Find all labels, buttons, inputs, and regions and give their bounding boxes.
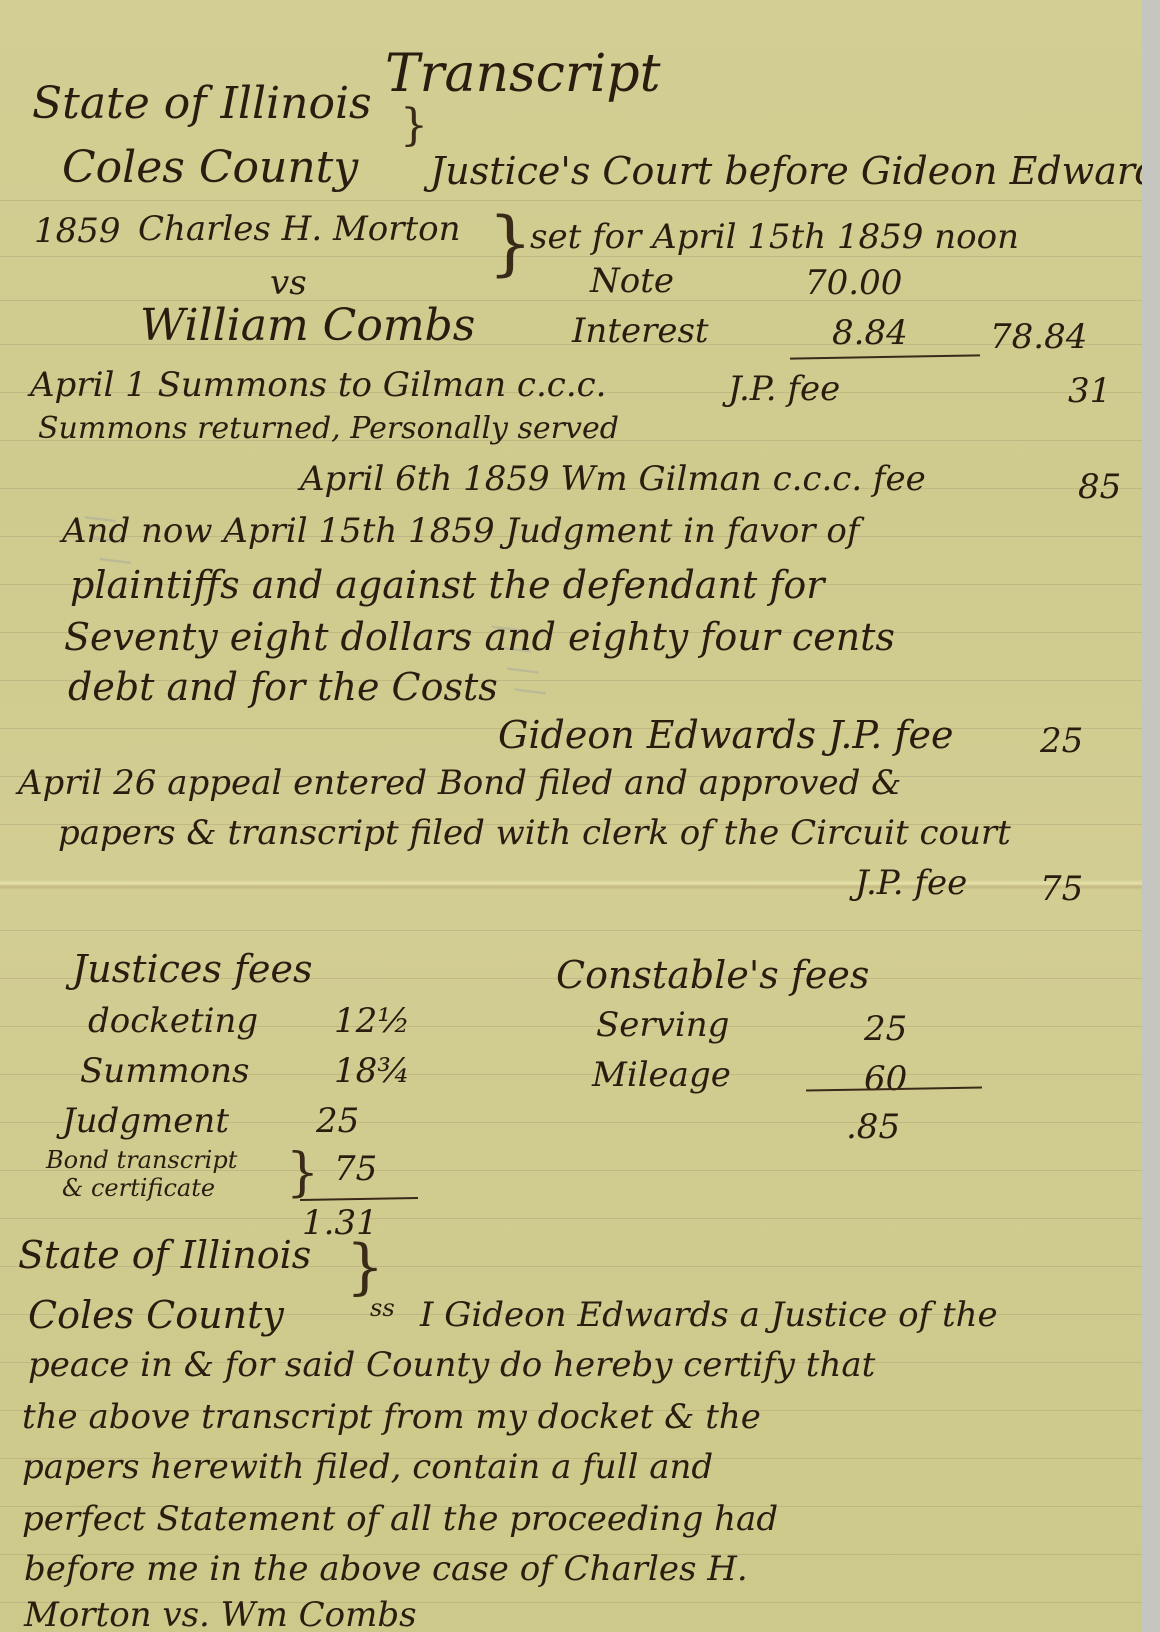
judgment-line: Seventy eight dollars and eighty four ce… — [64, 618, 895, 656]
judgment-line: And now April 15th 1859 Judgment in favo… — [62, 514, 859, 548]
certificate-line: before me in the above case of Charles H… — [24, 1552, 748, 1586]
brace-glyph: } — [400, 100, 428, 151]
certificate-line: peace in & for said County do hereby cer… — [28, 1348, 875, 1382]
header-county: Coles County — [62, 146, 358, 190]
appeal-line: papers & transcript filed with clerk of … — [58, 816, 1011, 850]
fee-item-label: Bond transcript — [46, 1148, 237, 1172]
fee-item-label: Summons — [80, 1054, 250, 1088]
certificate-line: Morton vs. Wm Combs — [24, 1598, 417, 1632]
certificate-line: the above transcript from my docket & th… — [22, 1400, 761, 1434]
entry-fee-label: J.P. fee — [728, 372, 840, 406]
fee-item-amount: 25 — [316, 1104, 359, 1138]
brace-glyph: } — [488, 212, 533, 275]
certificate-line: papers herewith filed, contain a full an… — [22, 1450, 713, 1484]
certificate-county: Coles County — [28, 1296, 284, 1334]
note-label: Note — [590, 264, 674, 298]
entry-fee: 75 — [1040, 872, 1083, 906]
certificate-state: State of Illinois — [18, 1236, 311, 1274]
fee-item-amount: 60 — [864, 1062, 907, 1096]
note-amount: 70.00 — [805, 266, 902, 300]
fee-item-amount: 18¾ — [334, 1054, 410, 1088]
constables-fees-heading: Constable's fees — [556, 956, 869, 994]
ruled-line — [0, 1218, 1142, 1219]
scan-margin-strip — [1142, 0, 1160, 1632]
certificate-ss: ss — [370, 1296, 395, 1320]
ruled-line — [0, 930, 1142, 931]
paper-fold — [0, 880, 1142, 890]
entry-fee: 25 — [1040, 724, 1083, 758]
fee-item-label-continued: & certificate — [62, 1176, 215, 1200]
plaintiff-name: Charles H. Morton — [138, 212, 461, 246]
document-page: / / / / / / / Transcript State of Illino… — [0, 0, 1142, 1632]
certificate-line: perfect Statement of all the proceeding … — [22, 1502, 778, 1536]
document-title: Transcript — [385, 48, 661, 100]
sum-underline — [790, 354, 980, 359]
total-amount: 78.84 — [990, 320, 1087, 354]
judgment-line: debt and for the Costs — [68, 668, 498, 706]
fee-item-amount: 75 — [334, 1152, 377, 1186]
entry-fee: 31 — [1068, 374, 1111, 408]
brace-glyph: } — [346, 1240, 384, 1294]
fee-item-amount: 25 — [864, 1012, 907, 1046]
entry-text: April 1 Summons to Gilman c.c.c. — [30, 368, 606, 402]
case-year: 1859 — [34, 214, 121, 248]
header-state: State of Illinois — [32, 82, 372, 126]
constables-fees-total: .85 — [846, 1110, 900, 1144]
interest-label: Interest — [572, 314, 709, 348]
fee-item-label: docketing — [88, 1004, 258, 1038]
versus-label: vs — [270, 266, 307, 300]
header-court: Justice's Court before Gideon Edwards J.… — [430, 152, 1142, 190]
entry-fee-label: J.P. fee — [855, 866, 967, 900]
entry-text: April 6th 1859 Wm Gilman c.c.c. fee — [300, 462, 926, 496]
defendant-name: William Combs — [140, 304, 475, 348]
fee-item-amount: 12½ — [334, 1004, 410, 1038]
interest-amount: 8.84 — [832, 316, 908, 350]
appeal-line: April 26 appeal entered Bond filed and a… — [18, 766, 901, 800]
hearing-date: set for April 15th 1859 noon — [530, 220, 1019, 254]
brace-glyph: } — [286, 1150, 319, 1197]
fee-item-label: Mileage — [592, 1058, 731, 1092]
entry-fee: 85 — [1078, 470, 1121, 504]
judgment-line: plaintiffs and against the defendant for — [70, 566, 824, 604]
ruled-line — [0, 200, 1142, 201]
fee-item-label: Judgment — [62, 1104, 229, 1138]
fee-item-label: Serving — [596, 1008, 729, 1042]
justice-signature: Gideon Edwards J.P. fee — [498, 716, 954, 754]
justices-fees-heading: Justices fees — [72, 950, 313, 988]
entry-text: Summons returned, Personally served — [38, 414, 619, 444]
certificate-line: I Gideon Edwards a Justice of the — [420, 1298, 998, 1332]
